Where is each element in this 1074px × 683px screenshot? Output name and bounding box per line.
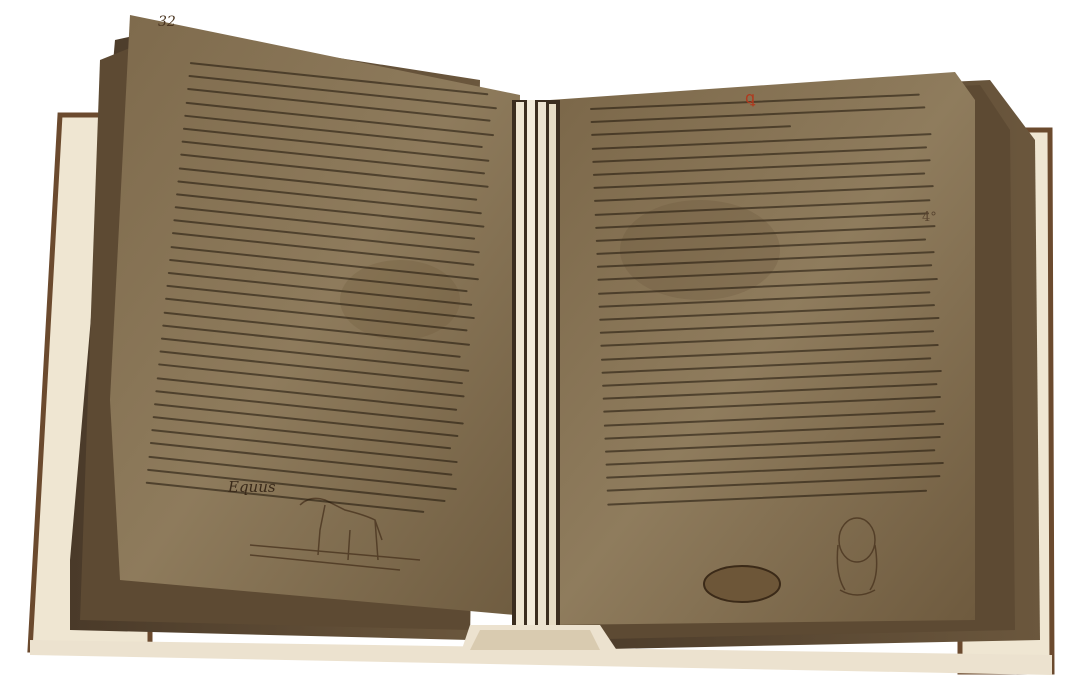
right-page-text [590,93,948,516]
manuscript-photo: 32 Equus ꝗ 4° [0,0,1074,683]
left-page-text [145,62,499,527]
folio-number: 32 [158,14,176,30]
red-initial-mark: ꝗ [745,88,755,107]
marginal-label-equus: Equus [228,478,276,496]
margin-note: 4° [922,210,937,225]
vellum-hole [704,566,780,602]
